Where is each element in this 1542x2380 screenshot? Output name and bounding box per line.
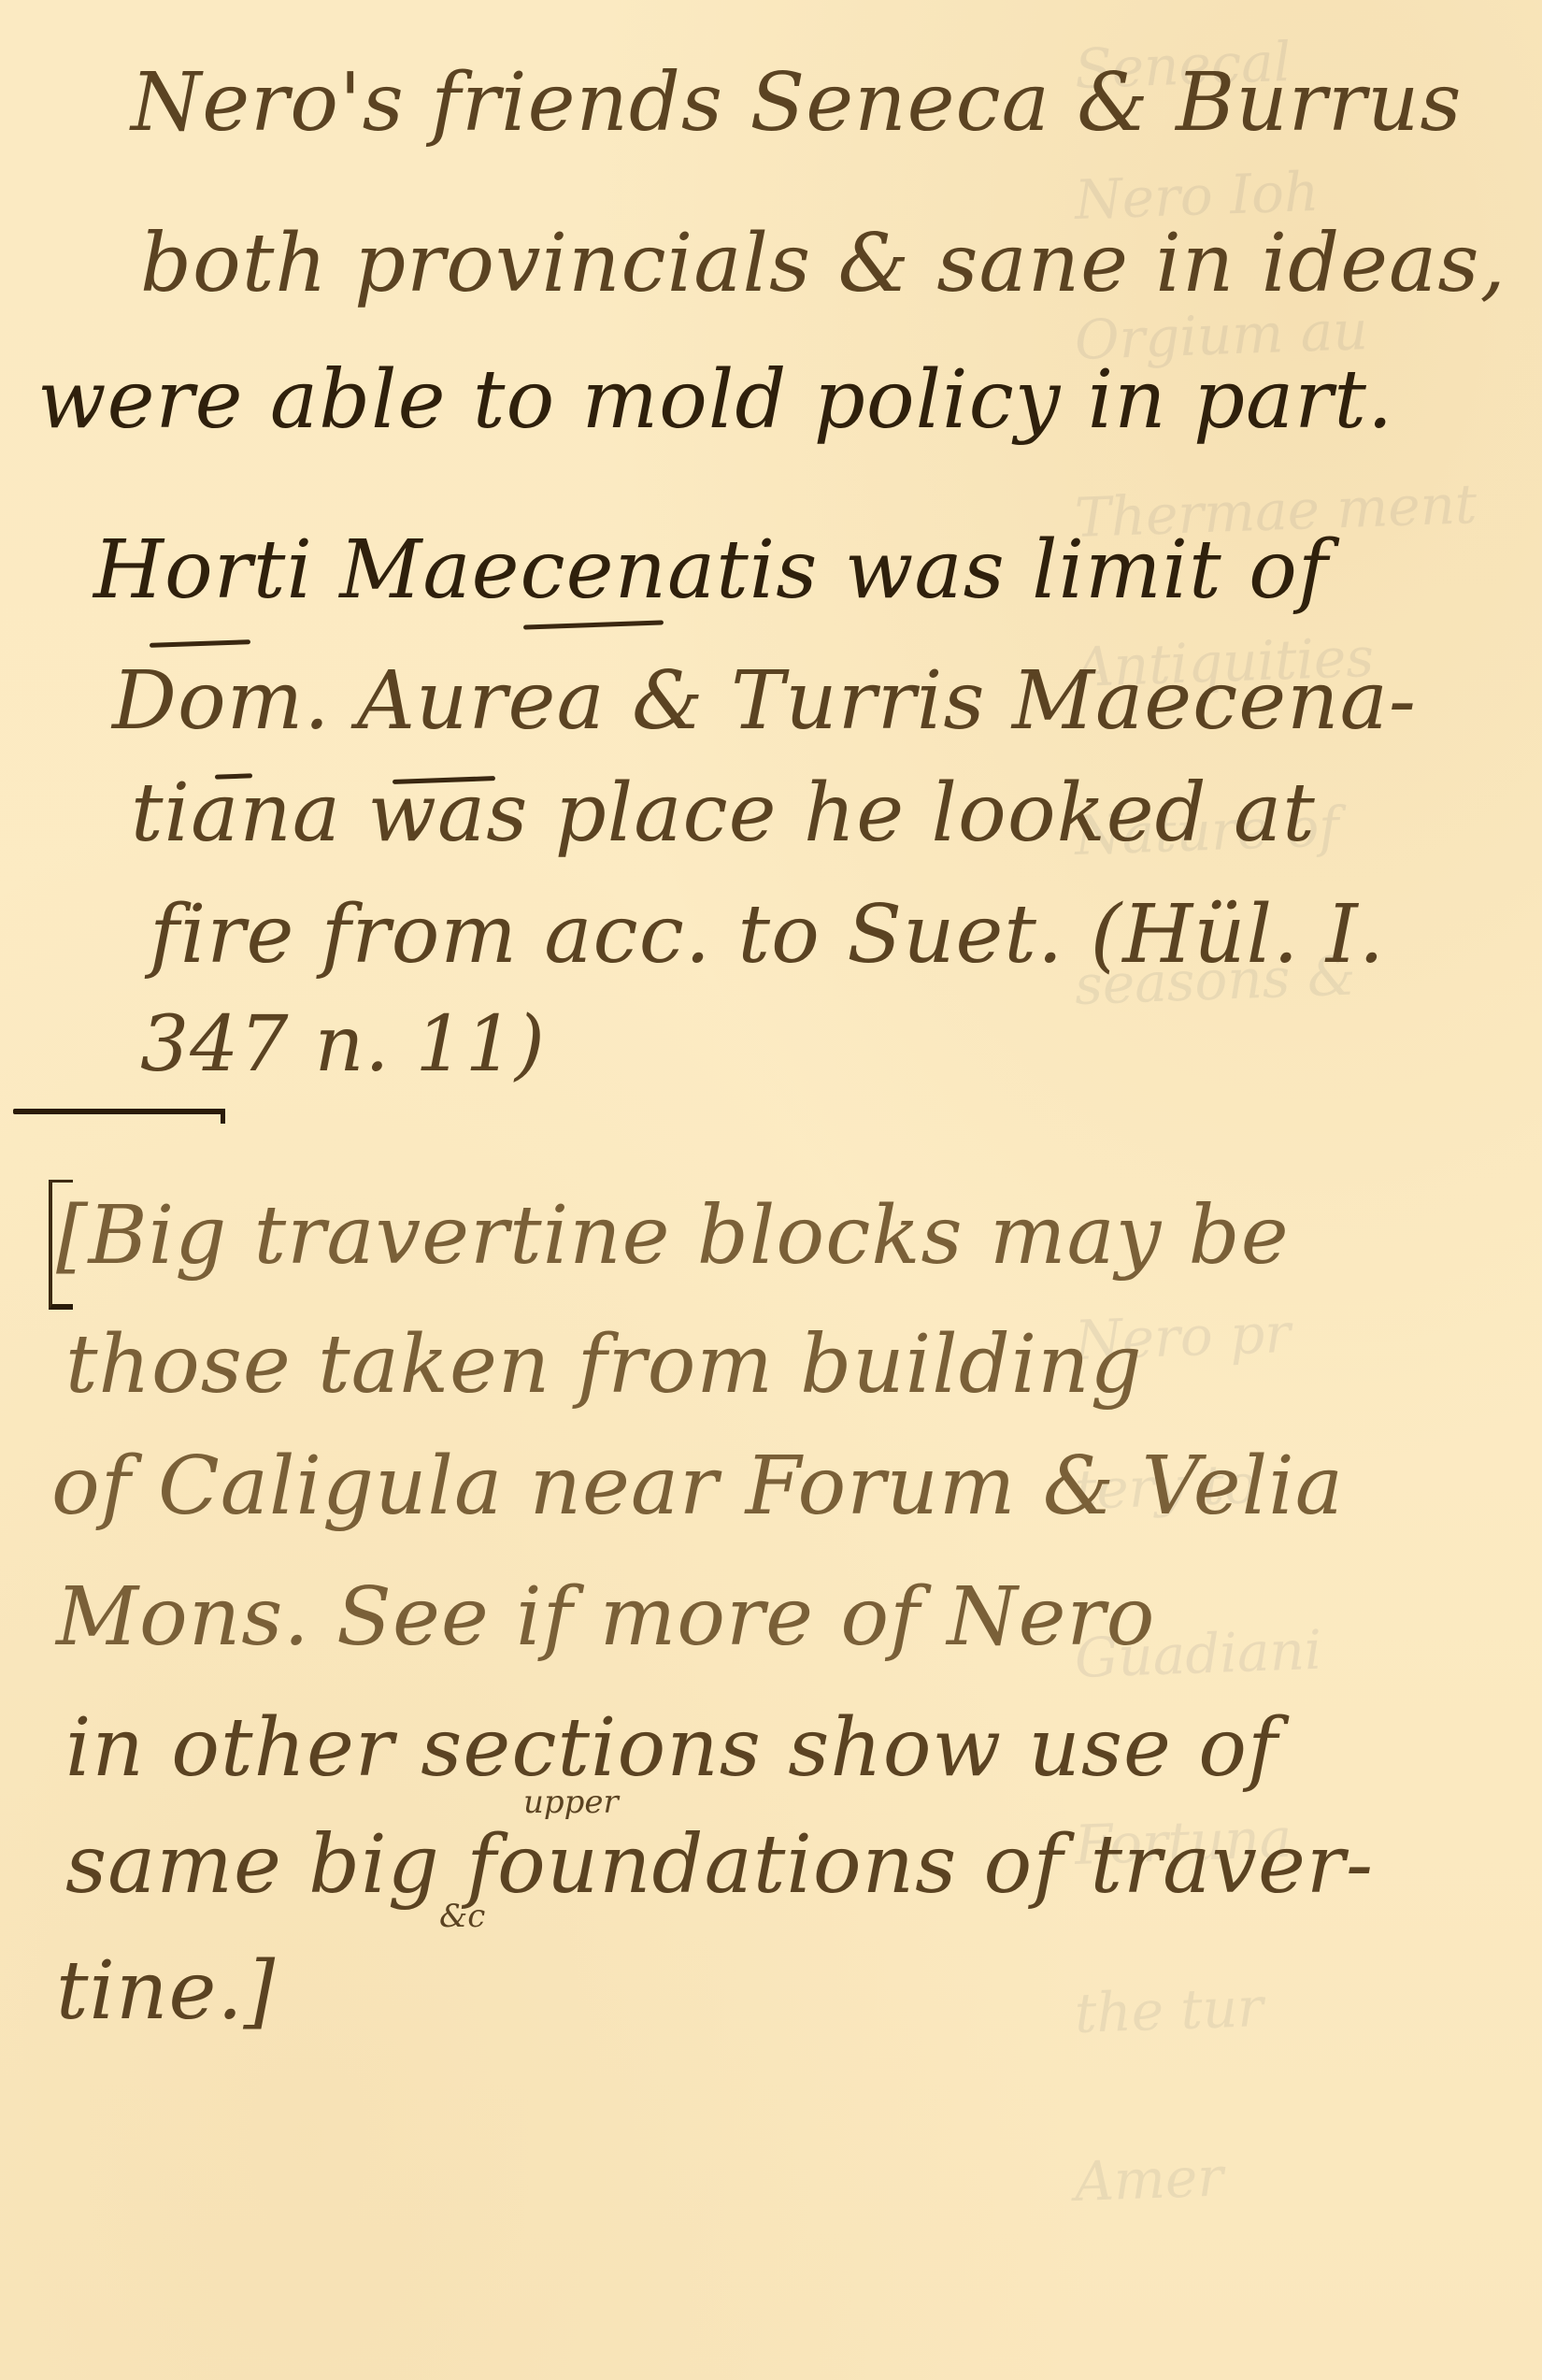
underline-horti [150, 639, 250, 648]
text-line: fire from acc. to Suet. (Hül. I. [150, 888, 1385, 982]
interlinear-insertion-upper: upper [523, 1784, 619, 1821]
text-line: of Caligula near Forum & Velia [51, 1440, 1344, 1533]
interlinear-insertion-etc: &c [439, 1898, 485, 1935]
separator-rule-tick [221, 1109, 225, 1124]
text-line: Horti Maecenatis was limit of [93, 523, 1329, 617]
text-line: Nero's friends Seneca & Burrus [131, 56, 1462, 150]
text-line: in other sections show use of [65, 1701, 1278, 1795]
text-line: those taken from building [65, 1318, 1143, 1412]
text-line: [Big travertine blocks may be [56, 1189, 1290, 1283]
text-line: were able to mold policy in part. [37, 353, 1393, 447]
text-line: Dom. Aurea & Turris Maecena- [112, 654, 1417, 748]
text-line: both provincials & sane in ideas, [140, 217, 1506, 310]
separator-rule [13, 1109, 224, 1114]
text-line: Mons. See if more of Nero [56, 1570, 1155, 1664]
text-line: 347 n. 11) [140, 1000, 546, 1089]
text-line: tiana was place he looked at [131, 767, 1316, 860]
text-line: tine.] [56, 1944, 276, 2038]
underline-maecenatis [523, 620, 664, 629]
text-line: same big foundations of traver- [65, 1818, 1374, 1912]
manuscript-page: Senecal Nero Ioh Orgium au Thermae ment … [0, 0, 1542, 2380]
